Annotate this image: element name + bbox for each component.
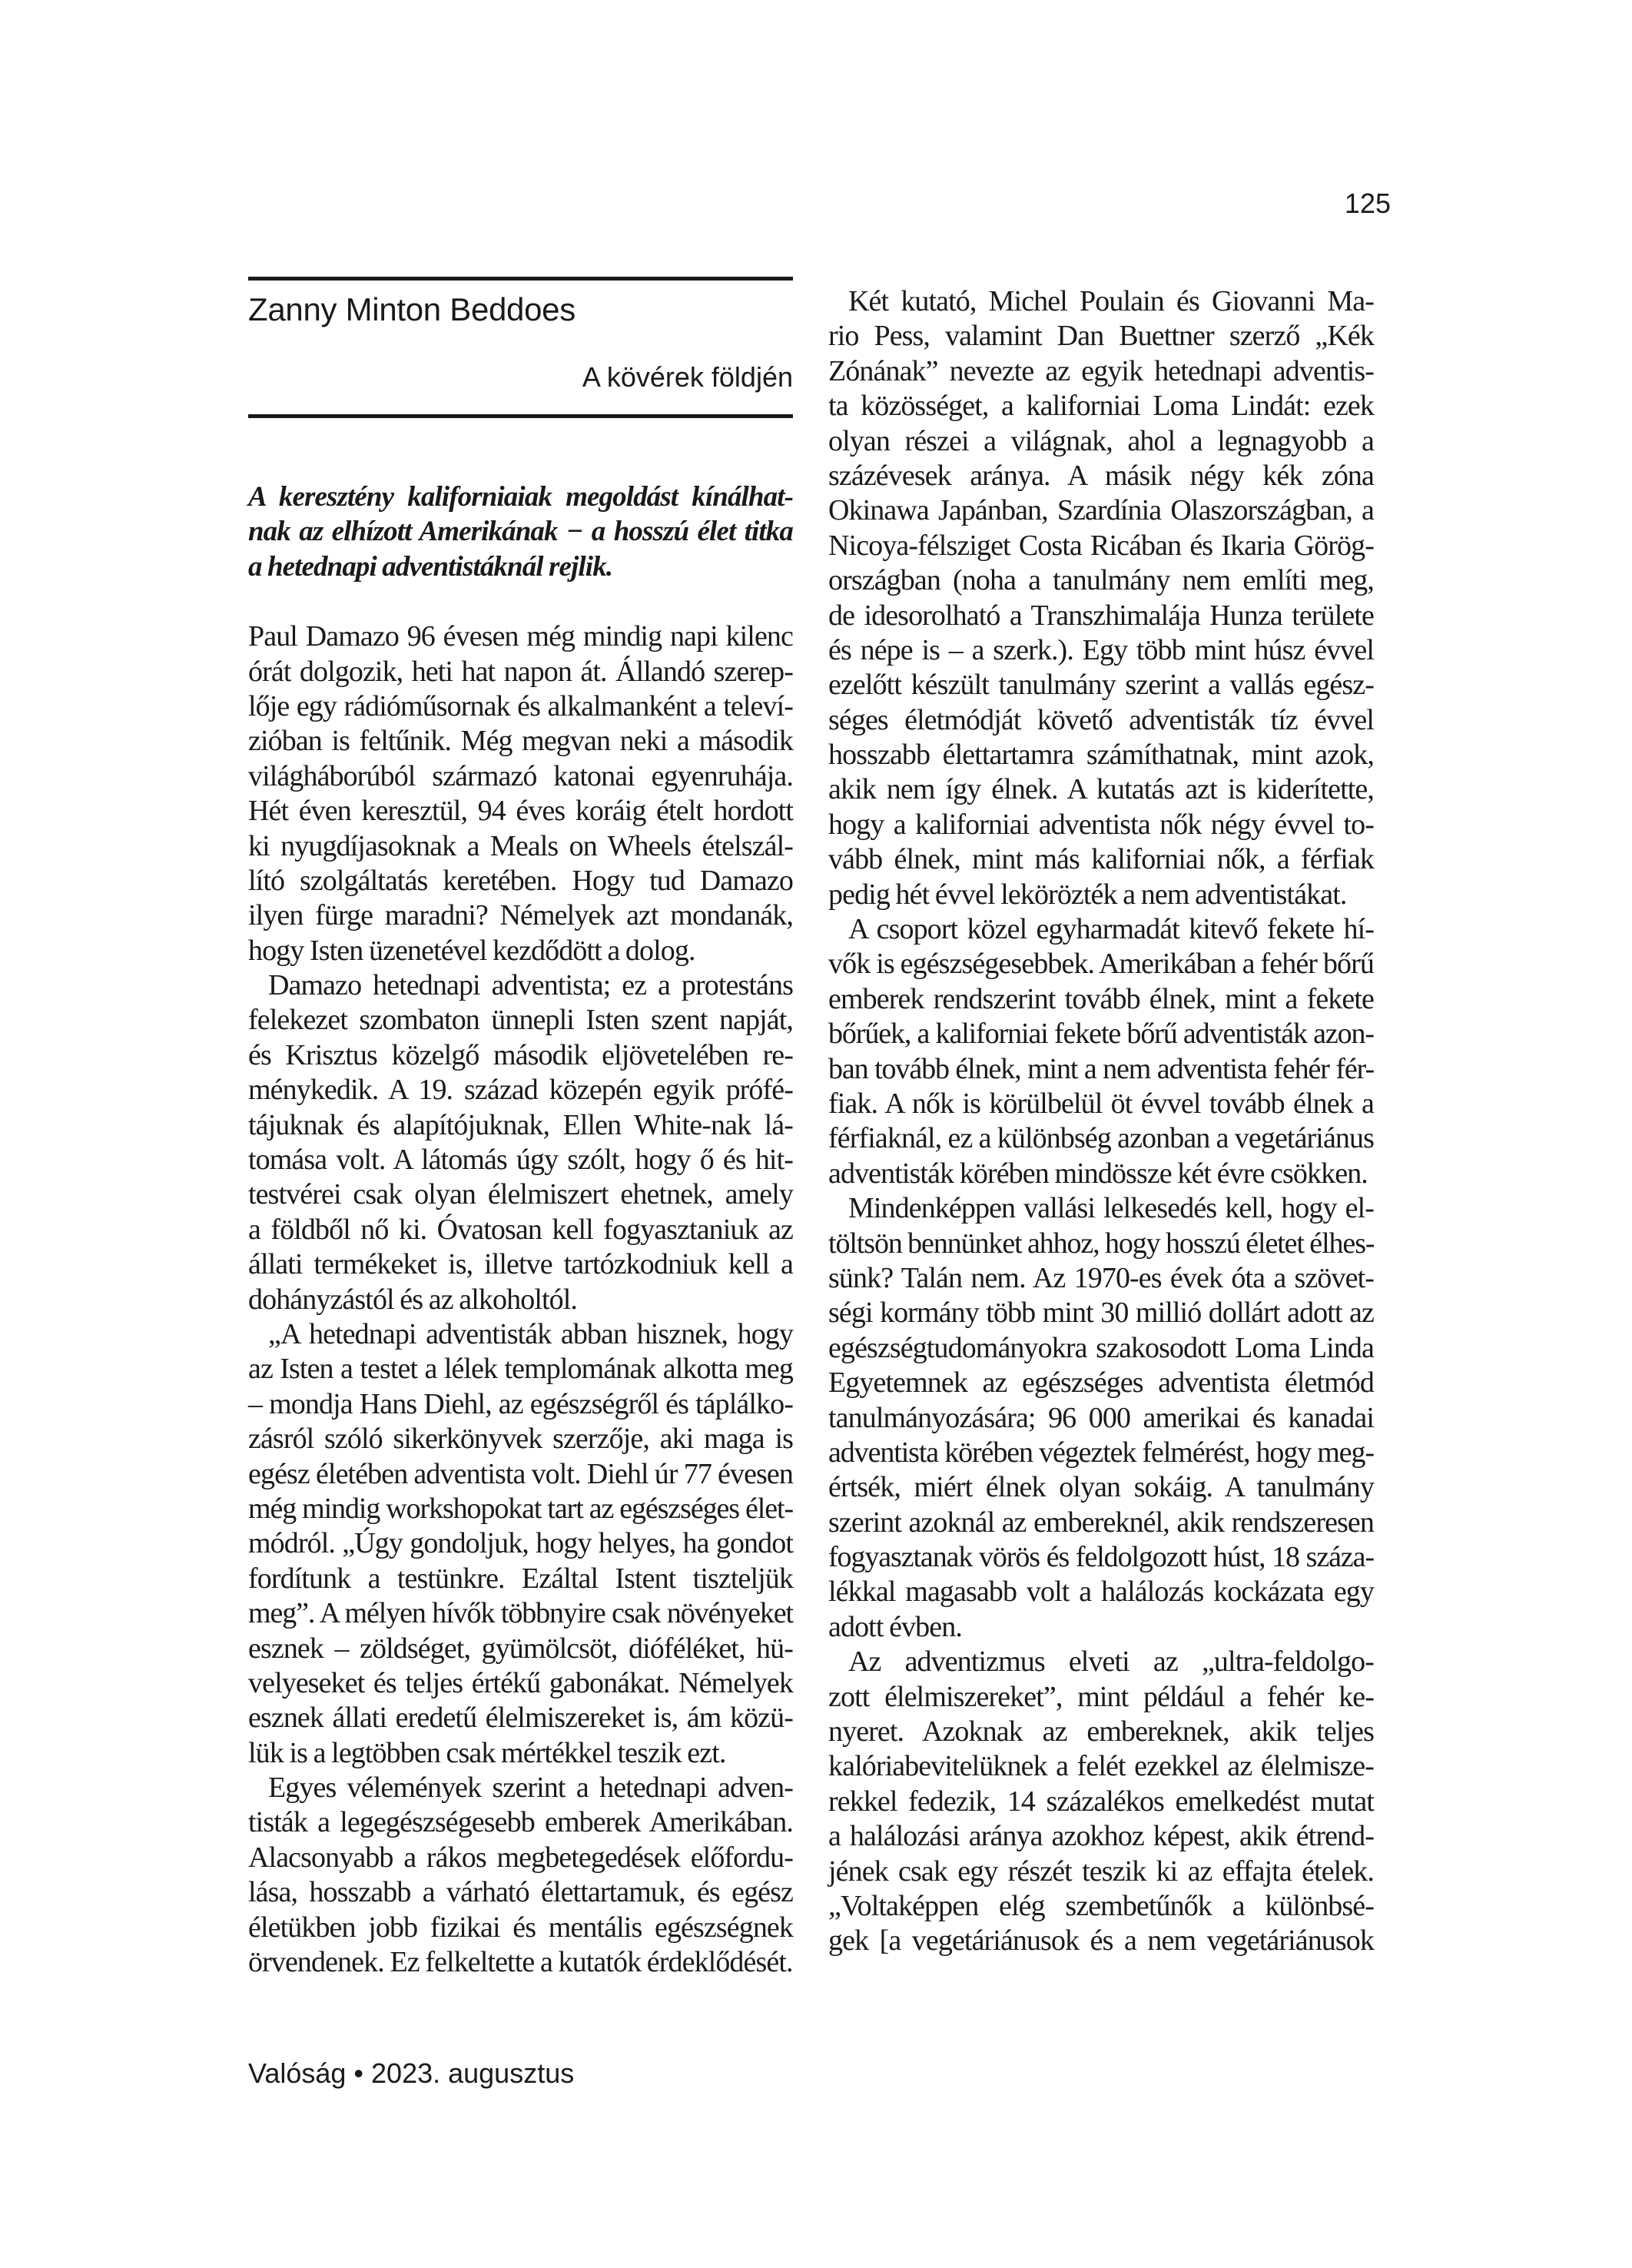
paragraph-line: lító szolgáltatás keretében. Hogy tud Da… xyxy=(248,864,793,898)
paragraph-line: Hét éven keresztül, 94 éves koráig ételt… xyxy=(248,794,793,829)
paragraph-line: és népe is – a szerk.). Egy több mint hú… xyxy=(828,633,1374,668)
paragraph-line: fogyasztanak vörös és feldolgozott húst,… xyxy=(828,1540,1374,1575)
paragraph-line: kalóriabevitelüknek a felét ezekkel az é… xyxy=(828,1749,1374,1784)
paragraph-line: egészségtudományokra szakosodott Loma Li… xyxy=(828,1331,1374,1366)
header-top-rule xyxy=(248,277,793,281)
paragraph-line: séges életmódját követő adventisták tíz … xyxy=(828,703,1374,738)
paragraph: Damazo hetednapi adventista; ez a protes… xyxy=(248,968,793,1317)
paragraph-line: de idesorolható a Transzhimalája Hunza t… xyxy=(828,599,1374,633)
paragraph-line: Az adventizmus elveti az „ultra-feldolgo… xyxy=(828,1645,1374,1679)
paragraph: „A hetednapi adventisták abban hisznek, … xyxy=(248,1317,793,1771)
paragraph-line: „A hetednapi adventisták abban hisznek, … xyxy=(248,1317,793,1352)
paragraph-line: Nicoya-félsziget Costa Ricában és Ikaria… xyxy=(828,529,1374,563)
lead-paragraph: A keresztény kaliforniaiak megoldást kín… xyxy=(248,480,793,584)
paragraph-line: módról. „Úgy gondoljuk, hogy helyes, ha … xyxy=(248,1526,793,1561)
paragraph-line: Zónának” nevezte az egyik hetednapi adve… xyxy=(828,354,1374,389)
paragraph-line: még mindig workshopokat tart az egészség… xyxy=(248,1492,793,1526)
paragraph-line: lása, hosszabb a várható élettartamuk, é… xyxy=(248,1875,793,1910)
paragraph-line: ban tovább élnek, mint a nem adventista … xyxy=(828,1052,1374,1087)
paragraph-line: adott évben. xyxy=(828,1610,1374,1645)
paragraph-line: órát dolgozik, heti hat napon át. Álland… xyxy=(248,655,793,689)
right-column: Két kutató, Michel Poulain és Giovanni M… xyxy=(828,284,1374,1959)
paragraph-line: Két kutató, Michel Poulain és Giovanni M… xyxy=(828,284,1374,319)
paragraph-line: egész életében adventista volt. Diehl úr… xyxy=(248,1457,793,1492)
paragraph-line: akik nem így élnek. A kutatás azt is kid… xyxy=(828,772,1374,807)
paragraph-line: vább élnek, mint más kaliforniai nők, a … xyxy=(828,842,1374,877)
paragraph-line: fordítunk a testünkre. Ezáltal Istent ti… xyxy=(248,1562,793,1596)
paragraph-line: tisták a legegészségesebb emberek Amerik… xyxy=(248,1805,793,1840)
paragraph: Két kutató, Michel Poulain és Giovanni M… xyxy=(828,284,1374,912)
paragraph-line: tájuknak és alapítójuknak, Ellen White-n… xyxy=(248,1108,793,1143)
paragraph-line: olyan részei a világnak, ahol a legnagyo… xyxy=(828,424,1374,459)
paragraph-line: emberek rendszerint tovább élnek, mint a… xyxy=(828,982,1374,1017)
paragraph-line: ki nyugdíjasoknak a Meals on Wheels étel… xyxy=(248,829,793,864)
author-name: Zanny Minton Beddoes xyxy=(248,291,793,328)
paragraph-line: Paul Damazo 96 évesen még mindig napi ki… xyxy=(248,619,793,654)
paragraph-line: lékkal magasabb volt a halálozás kockáza… xyxy=(828,1575,1374,1609)
lead-line: nak az elhízott Amerikának − a hosszú él… xyxy=(248,514,793,549)
paragraph-line: velyeseket és teljes értékű gabonákat. N… xyxy=(248,1666,793,1701)
right-column-body: Két kutató, Michel Poulain és Giovanni M… xyxy=(828,284,1374,1959)
paragraph-line: életükben jobb fizikai és mentális egész… xyxy=(248,1911,793,1945)
paragraph-line: pedig hét évvel lekörözték a nem adventi… xyxy=(828,878,1374,912)
paragraph-line: értsék, miért élnek olyan sokáig. A tanu… xyxy=(828,1470,1374,1505)
paragraph-line: és Krisztus közelgő második eljövetelébe… xyxy=(248,1038,793,1073)
paragraph-line: országban (noha a tanulmány nem említi m… xyxy=(828,563,1374,598)
paragraph-line: Alacsonyabb a rákos megbetegedések előfo… xyxy=(248,1841,793,1875)
paragraph-line: hosszabb élettartamra számíthatnak, mint… xyxy=(828,738,1374,772)
paragraph-line: fiak. A nők is körülbelül öt évvel továb… xyxy=(828,1087,1374,1121)
paragraph-line: hogy Isten üzenetével kezdődött a dolog. xyxy=(248,934,793,968)
paragraph-line: nyeret. Azoknak az embereknek, akik telj… xyxy=(828,1715,1374,1749)
paragraph-line: lük is a legtöbben csak mértékkel teszik… xyxy=(248,1736,793,1771)
paragraph-line: hogy a kaliforniai adventista nők négy é… xyxy=(828,808,1374,842)
paragraph-line: rekkel fedezik, 14 százalékos emelkedést… xyxy=(828,1785,1374,1819)
paragraph-line: A csoport közel egyharmadát kitevő feket… xyxy=(828,912,1374,947)
footer-issue: Valóság • 2023. augusztus xyxy=(248,2057,574,2090)
paragraph-line: sünk? Talán nem. Az 1970-es évek óta a s… xyxy=(828,1261,1374,1296)
header-bottom-rule xyxy=(248,414,793,418)
paragraph-line: zott élelmiszereket”, mint például a feh… xyxy=(828,1680,1374,1715)
paragraph-line: a földből nő ki. Óvatosan kell fogyaszta… xyxy=(248,1213,793,1247)
paragraph-line: adventista körében végeztek felmérést, h… xyxy=(828,1436,1374,1470)
paragraph-line: tanulmányozására; 96 000 amerikai és kan… xyxy=(828,1401,1374,1436)
paragraph-line: esznek állati eredetű élelmiszereket is,… xyxy=(248,1701,793,1735)
lead-line: A keresztény kaliforniaiak megoldást kín… xyxy=(248,480,793,514)
paragraph-line: ménykedik. A 19. század közepén egyik pr… xyxy=(248,1073,793,1107)
paragraph-line: – mondja Hans Diehl, az egészségről és t… xyxy=(248,1387,793,1422)
paragraph-line: zióban is feltűnik. Még megvan neki a má… xyxy=(248,724,793,759)
paragraph-line: zásról szóló sikerkönyvek szerzője, aki … xyxy=(248,1422,793,1456)
paragraph-line: „Voltaképpen elég szembetűnők a különbsé… xyxy=(828,1889,1374,1924)
paragraph-line: esznek – zöldséget, gyümölcsöt, diófélék… xyxy=(248,1632,793,1666)
paragraph: Az adventizmus elveti az „ultra-feldolgo… xyxy=(828,1645,1374,1959)
paragraph-line: gek [a vegetáriánusok és a nem vegetáriá… xyxy=(828,1924,1374,1958)
paragraph-line: örvendenek. Ez felkeltette a kutatók érd… xyxy=(248,1945,793,1980)
paragraph-line: ségi kormány több mint 30 millió dollárt… xyxy=(828,1296,1374,1330)
paragraph: Egyes vélemények szerint a hetednapi adv… xyxy=(248,1771,793,1980)
paragraph-line: testvérei csak olyan élelmiszert ehetnek… xyxy=(248,1177,793,1212)
left-column: Zanny Minton Beddoes A kövérek földjén A… xyxy=(248,277,793,1980)
article-title: A kövérek földjén xyxy=(248,360,793,394)
paragraph-line: rio Pess, valamint Dan Buettner szerző „… xyxy=(828,319,1374,354)
paragraph-line: Mindenképpen vallási lelkesedés kell, ho… xyxy=(828,1191,1374,1226)
paragraph-line: szerint azoknál az embereknél, akik rend… xyxy=(828,1506,1374,1540)
paragraph-line: férfiaknál, ez a különbség azonban a veg… xyxy=(828,1121,1374,1156)
paragraph-line: adventisták körében mindössze két évre c… xyxy=(828,1157,1374,1191)
left-column-body: Paul Damazo 96 évesen még mindig napi ki… xyxy=(248,619,793,1980)
paragraph-line: felekezet szombaton ünnepli Isten szent … xyxy=(248,1003,793,1038)
page-number: 125 xyxy=(1306,188,1391,220)
paragraph-line: lője egy rádióműsornak és alkalmanként a… xyxy=(248,689,793,724)
paragraph-line: állati termékeket is, illetve tartózkodn… xyxy=(248,1247,793,1282)
paragraph-line: az Isten a testet a lélek templomának al… xyxy=(248,1352,793,1386)
paragraph-line: a halálozási aránya azokhoz képest, akik… xyxy=(828,1819,1374,1854)
paragraph-line: bőrűek, a kaliforniai fekete bőrű advent… xyxy=(828,1017,1374,1051)
paragraph-line: ta közösséget, a kaliforniai Loma Lindát… xyxy=(828,389,1374,423)
lead-line: a hetednapi adventistáknál rejlik. xyxy=(248,550,793,584)
paragraph-line: világháborúból származó katonai egyenruh… xyxy=(248,759,793,794)
paragraph-line: töltsön bennünket ahhoz, hogy hosszú éle… xyxy=(828,1227,1374,1261)
paragraph-line: dohányzástól és az alkoholtól. xyxy=(248,1283,793,1317)
paragraph: Mindenképpen vallási lelkesedés kell, ho… xyxy=(828,1191,1374,1645)
paragraph-line: ezelőtt készült tanulmány szerint a vall… xyxy=(828,668,1374,702)
paragraph-line: Damazo hetednapi adventista; ez a protes… xyxy=(248,968,793,1003)
paragraph-line: meg”. A mélyen hívők többnyire csak növé… xyxy=(248,1596,793,1631)
paragraph-line: ilyen fürge maradni? Némelyek azt mondan… xyxy=(248,898,793,933)
paragraph-line: jének csak egy részét teszik ki az effaj… xyxy=(828,1855,1374,1889)
paragraph: Paul Damazo 96 évesen még mindig napi ki… xyxy=(248,619,793,968)
paragraph-line: vők is egészségesebbek. Amerikában a feh… xyxy=(828,947,1374,981)
paragraph-line: Egyetemnek az egészséges adventista élet… xyxy=(828,1366,1374,1400)
paragraph-line: Egyes vélemények szerint a hetednapi adv… xyxy=(248,1771,793,1805)
paragraph-line: tomása volt. A látomás úgy szólt, hogy ő… xyxy=(248,1143,793,1177)
paragraph: A csoport közel egyharmadát kitevő feket… xyxy=(828,912,1374,1191)
paragraph-line: Okinawa Japánban, Szardínia Olaszországb… xyxy=(828,493,1374,528)
paragraph-line: százévesek aránya. A másik négy kék zóna xyxy=(828,459,1374,493)
